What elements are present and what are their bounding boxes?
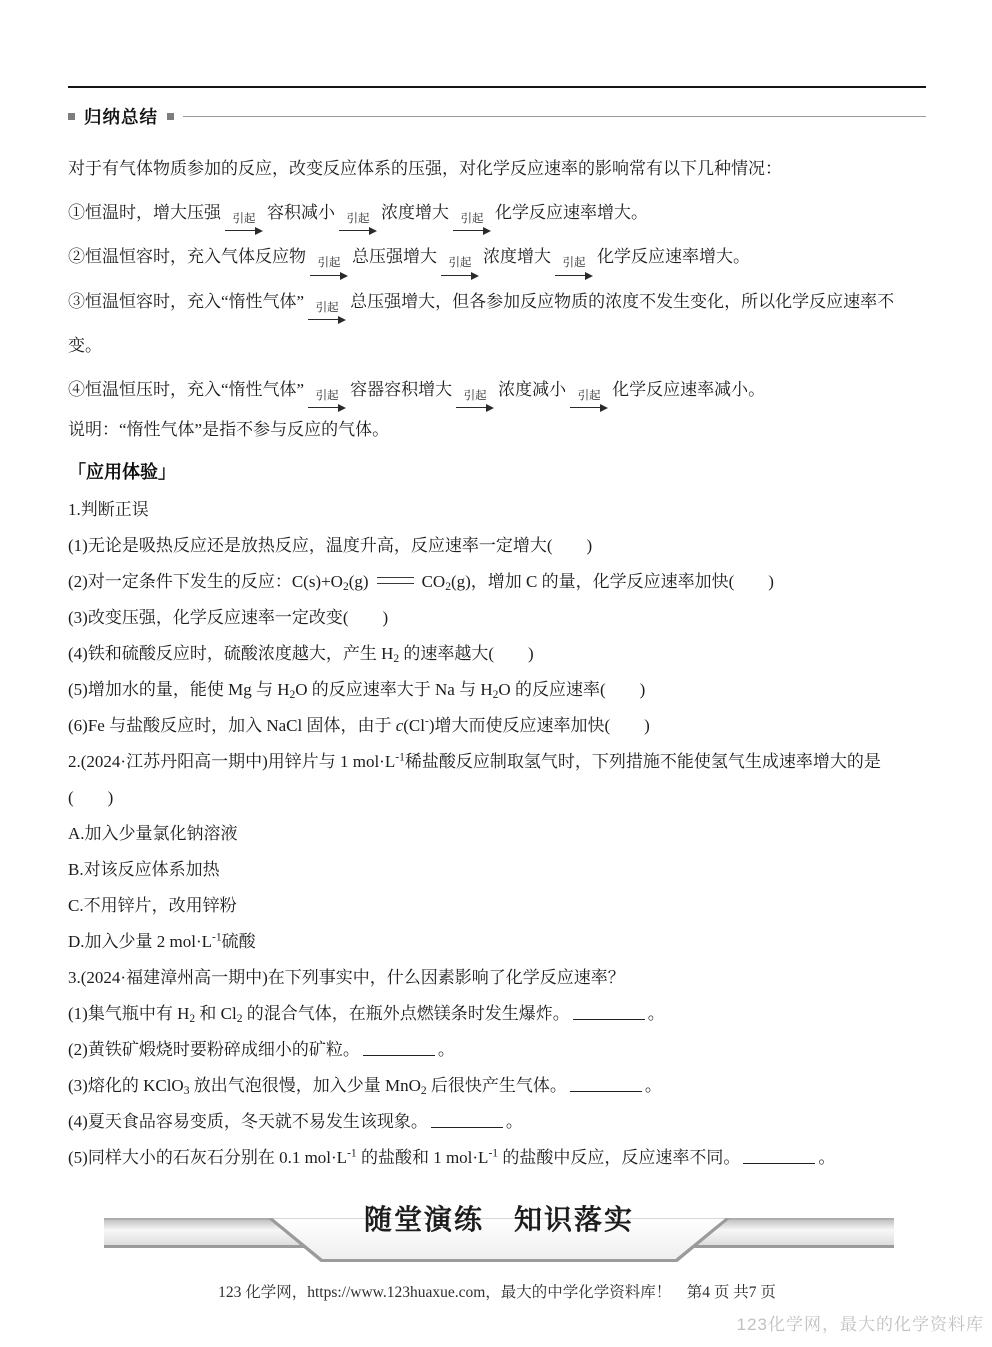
arrow-shaft [555, 272, 593, 280]
arrow-label: 引起 [449, 258, 472, 270]
practice-line-9: A.加入少量氯化钠溶液 [68, 816, 926, 852]
flow-text: 容积减小 [267, 203, 335, 222]
banner-title: 随堂演练 知识落实 [104, 1198, 894, 1238]
practice-line-1: 1.判断正误 [68, 492, 926, 528]
arrow-label: 引起 [318, 258, 341, 270]
section-banner: 随堂演练 知识落实 [104, 1200, 894, 1264]
causes-arrow-icon: 引起 [310, 258, 348, 280]
practice-line-17: (4)夏天食品容易变质，冬天就不易发生该现象。。 [68, 1104, 926, 1140]
flow-text: ④恒温恒压时，充入“惰性气体” [68, 380, 304, 399]
practice-line-4: (3)改变压强，化学反应速率一定改变( ) [68, 600, 926, 636]
answer-blank [363, 1053, 435, 1056]
practice-line-3: (2)对一定条件下发生的反应：C(s)+O2(g)CO2(g)，增加 C 的量，… [68, 564, 926, 600]
summary-intro: 对于有气体物质参加的反应，改变反应体系的压强，对化学反应速率的影响常有以下几种情… [68, 151, 926, 187]
practice-line-7: (6)Fe 与盐酸反应时，加入 NaCl 固体，由于 c(Cl-)增大而使反应速… [68, 708, 926, 744]
pressure-effect-flow-list: ①恒温时，增大压强引起容积减小引起浓度增大引起化学反应速率增大。②恒温恒容时，充… [68, 191, 926, 412]
arrow-shaft [441, 272, 479, 280]
header-rule [183, 116, 926, 117]
arrow-shaft [225, 227, 263, 235]
practice-line-12: D.加入少量 2 mol·L-1硫酸 [68, 924, 926, 960]
flow-line-1: ①恒温时，增大压强引起容积减小引起浓度增大引起化学反应速率增大。 [68, 191, 926, 236]
page-footer: 123 化学网，https://www.123huaxue.com，最大的中学化… [68, 1280, 926, 1302]
causes-arrow-icon: 引起 [339, 214, 377, 236]
flow-text: ③恒温恒容时，充入“惰性气体” [68, 292, 304, 311]
arrow-label: 引起 [578, 391, 601, 403]
arrow-label: 引起 [563, 258, 586, 270]
flow-text: 浓度减小 [498, 380, 566, 399]
practice-line-5: (4)铁和硫酸反应时，硫酸浓度越大，产生 H2 的速率越大( ) [68, 636, 926, 672]
flow-line-3: ③恒温恒容时，充入“惰性气体”引起总压强增大，但各参加反应物质的浓度不发生变化，… [68, 280, 926, 368]
flow-line-4: ④恒温恒压时，充入“惰性气体”引起容器容积增大引起浓度减小引起化学反应速率减小。 [68, 368, 926, 413]
arrow-label: 引起 [461, 214, 484, 226]
arrow-shaft [453, 227, 491, 235]
flow-text: ②恒温恒容时，充入气体反应物 [68, 247, 306, 266]
practice-section-header: 「应用体验」 [68, 458, 926, 484]
causes-arrow-icon: 引起 [453, 214, 491, 236]
flow-text: 浓度增大 [381, 203, 449, 222]
flow-text: 容器容积增大 [350, 380, 452, 399]
arrow-label: 引起 [347, 214, 370, 226]
answer-blank [743, 1161, 815, 1164]
arrow-shaft [570, 404, 608, 412]
summary-header-label: 归纳总结 [84, 104, 158, 129]
summary-note: 说明：“惰性气体”是指不参与反应的气体。 [68, 412, 926, 448]
arrow-shaft [339, 227, 377, 235]
arrow-label: 引起 [464, 391, 487, 403]
document-page: 归纳总结 对于有气体物质参加的反应，改变反应体系的压强，对化学反应速率的影响常有… [0, 0, 992, 1347]
causes-arrow-icon: 引起 [570, 391, 608, 413]
arrow-shaft [308, 404, 346, 412]
flow-text: 浓度增大 [483, 247, 551, 266]
arrow-shaft [308, 316, 346, 324]
arrow-shaft [310, 272, 348, 280]
flow-text: 化学反应速率增大。 [495, 203, 648, 222]
practice-question-list: 1.判断正误(1)无论是吸热反应还是放热反应，温度升高，反应速率一定增大( )(… [68, 492, 926, 1177]
square-bullet-icon [167, 113, 174, 120]
top-rule [68, 86, 926, 88]
answer-blank [570, 1089, 642, 1092]
flow-text: 总压强增大 [352, 247, 437, 266]
double-line-equals [377, 577, 414, 584]
answer-blank [431, 1125, 503, 1128]
flow-text: ①恒温时，增大压强 [68, 203, 221, 222]
page-content: 归纳总结 对于有气体物质参加的反应，改变反应体系的压强，对化学反应速率的影响常有… [0, 0, 992, 1302]
flow-text: 化学反应速率增大。 [597, 247, 750, 266]
causes-arrow-icon: 引起 [555, 258, 593, 280]
practice-line-8: 2.(2024·江苏丹阳高一期中)用锌片与 1 mol·L-1稀盐酸反应制取氢气… [68, 744, 926, 816]
arrow-shaft [456, 404, 494, 412]
practice-line-16: (3)熔化的 KClO3 放出气泡很慢，加入少量 MnO2 后很快产生气体。。 [68, 1068, 926, 1104]
causes-arrow-icon: 引起 [308, 303, 346, 325]
arrow-label: 引起 [233, 214, 256, 226]
practice-line-15: (2)黄铁矿煅烧时要粉碎成细小的矿粒。。 [68, 1032, 926, 1068]
square-bullet-icon [68, 113, 75, 120]
practice-line-6: (5)增加水的量，能使 Mg 与 H2O 的反应速率大于 Na 与 H2O 的反… [68, 672, 926, 708]
causes-arrow-icon: 引起 [441, 258, 479, 280]
causes-arrow-icon: 引起 [308, 391, 346, 413]
causes-arrow-icon: 引起 [225, 214, 263, 236]
arrow-label: 引起 [316, 391, 339, 403]
arrow-label: 引起 [316, 303, 339, 315]
answer-blank [573, 1017, 645, 1020]
practice-line-11: C.不用锌片，改用锌粉 [68, 888, 926, 924]
practice-line-14: (1)集气瓶中有 H2 和 Cl2 的混合气体，在瓶外点燃镁条时发生爆炸。。 [68, 996, 926, 1032]
causes-arrow-icon: 引起 [456, 391, 494, 413]
flow-line-2: ②恒温恒容时，充入气体反应物引起总压强增大引起浓度增大引起化学反应速率增大。 [68, 235, 926, 280]
summary-section-header: 归纳总结 [68, 104, 926, 129]
watermark: 123化学网，最大的化学资料库 [737, 1310, 984, 1335]
practice-line-13: 3.(2024·福建漳州高一期中)在下列事实中，什么因素影响了化学反应速率？ [68, 960, 926, 996]
practice-line-10: B.对该反应体系加热 [68, 852, 926, 888]
practice-line-2: (1)无论是吸热反应还是放热反应，温度升高，反应速率一定增大( ) [68, 528, 926, 564]
flow-text: 化学反应速率减小。 [612, 380, 765, 399]
practice-line-18: (5)同样大小的石灰石分别在 0.1 mol·L-1 的盐酸和 1 mol·L-… [68, 1140, 926, 1176]
